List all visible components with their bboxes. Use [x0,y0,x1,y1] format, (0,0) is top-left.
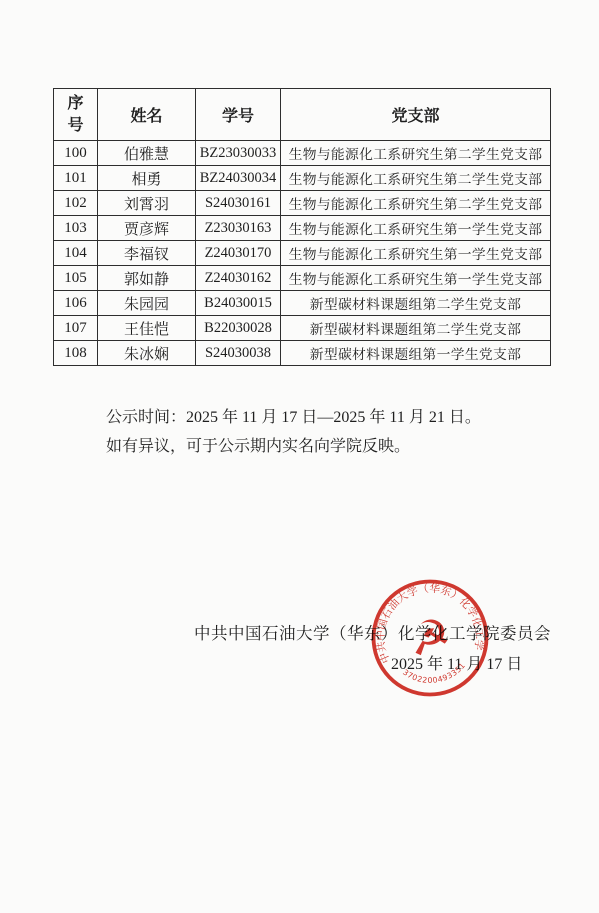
cell-student-id: Z24030162 [196,266,281,291]
cell-seq: 108 [54,341,98,366]
cell-name: 相勇 [98,166,196,191]
public-notice-paragraph: 公示时间：2025 年 11 月 17 日—2025 年 11 月 21 日。 … [106,403,481,461]
cell-party-branch: 新型碳材料课题组第二学生党支部 [281,291,551,316]
cell-party-branch: 生物与能源化工系研究生第一学生党支部 [281,266,551,291]
objection-line: 如有异议，可于公示期内实名向学院反映。 [106,432,481,461]
cell-seq: 101 [54,166,98,191]
cell-seq: 102 [54,191,98,216]
cell-name: 郭如静 [98,266,196,291]
hammer-sickle-icon: ☭ [405,607,455,667]
table-row: 106 朱园园 B24030015 新型碳材料课题组第二学生党支部 [54,291,551,316]
cell-student-id: Z24030170 [196,241,281,266]
table-row: 100 伯雅慧 BZ23030033 生物与能源化工系研究生第二学生党支部 [54,141,551,166]
cell-party-branch: 生物与能源化工系研究生第二学生党支部 [281,191,551,216]
cell-seq: 104 [54,241,98,266]
cell-name: 贾彦辉 [98,216,196,241]
cell-party-branch: 生物与能源化工系研究生第一学生党支部 [281,241,551,266]
cell-student-id: Z23030163 [196,216,281,241]
cell-name: 王佳恺 [98,316,196,341]
cell-name: 伯雅慧 [98,141,196,166]
table-row: 101 相勇 BZ24030034 生物与能源化工系研究生第二学生党支部 [54,166,551,191]
column-header-party-branch: 党支部 [281,89,551,141]
cell-party-branch: 生物与能源化工系研究生第一学生党支部 [281,216,551,241]
cell-student-id: B24030015 [196,291,281,316]
notice-period-line: 公示时间：2025 年 11 月 17 日—2025 年 11 月 21 日。 [106,403,481,432]
table-header-row: 序号 姓名 学号 党支部 [54,89,551,141]
cell-name: 刘霄羽 [98,191,196,216]
cell-name: 朱冰娴 [98,341,196,366]
cell-party-branch: 新型碳材料课题组第一学生党支部 [281,341,551,366]
cell-student-id: S24030038 [196,341,281,366]
table-row: 108 朱冰娴 S24030038 新型碳材料课题组第一学生党支部 [54,341,551,366]
cell-party-branch: 生物与能源化工系研究生第二学生党支部 [281,141,551,166]
cell-seq: 100 [54,141,98,166]
cell-student-id: BZ24030034 [196,166,281,191]
document-page: 序号 姓名 学号 党支部 100 伯雅慧 BZ23030033 生物与能源化工系… [0,0,599,913]
roster-table: 序号 姓名 学号 党支部 100 伯雅慧 BZ23030033 生物与能源化工系… [53,88,551,366]
cell-name: 李福钗 [98,241,196,266]
column-header-student-id: 学号 [196,89,281,141]
cell-seq: 105 [54,266,98,291]
cell-seq: 107 [54,316,98,341]
cell-student-id: B22030028 [196,316,281,341]
column-header-name: 姓名 [98,89,196,141]
cell-party-branch: 生物与能源化工系研究生第二学生党支部 [281,166,551,191]
cell-student-id: BZ23030033 [196,141,281,166]
cell-seq: 106 [54,291,98,316]
column-header-seq: 序号 [54,89,98,141]
table-row: 107 王佳恺 B22030028 新型碳材料课题组第二学生党支部 [54,316,551,341]
table-row: 104 李福钗 Z24030170 生物与能源化工系研究生第一学生党支部 [54,241,551,266]
official-seal: 中共中国石油大学（华东）化学化工学院委员会 ☭ 3702200493351 [363,571,497,705]
cell-name: 朱园园 [98,291,196,316]
table-row: 105 郭如静 Z24030162 生物与能源化工系研究生第一学生党支部 [54,266,551,291]
cell-seq: 103 [54,216,98,241]
table-row: 103 贾彦辉 Z23030163 生物与能源化工系研究生第一学生党支部 [54,216,551,241]
table-row: 102 刘霄羽 S24030161 生物与能源化工系研究生第二学生党支部 [54,191,551,216]
cell-student-id: S24030161 [196,191,281,216]
cell-party-branch: 新型碳材料课题组第二学生党支部 [281,316,551,341]
